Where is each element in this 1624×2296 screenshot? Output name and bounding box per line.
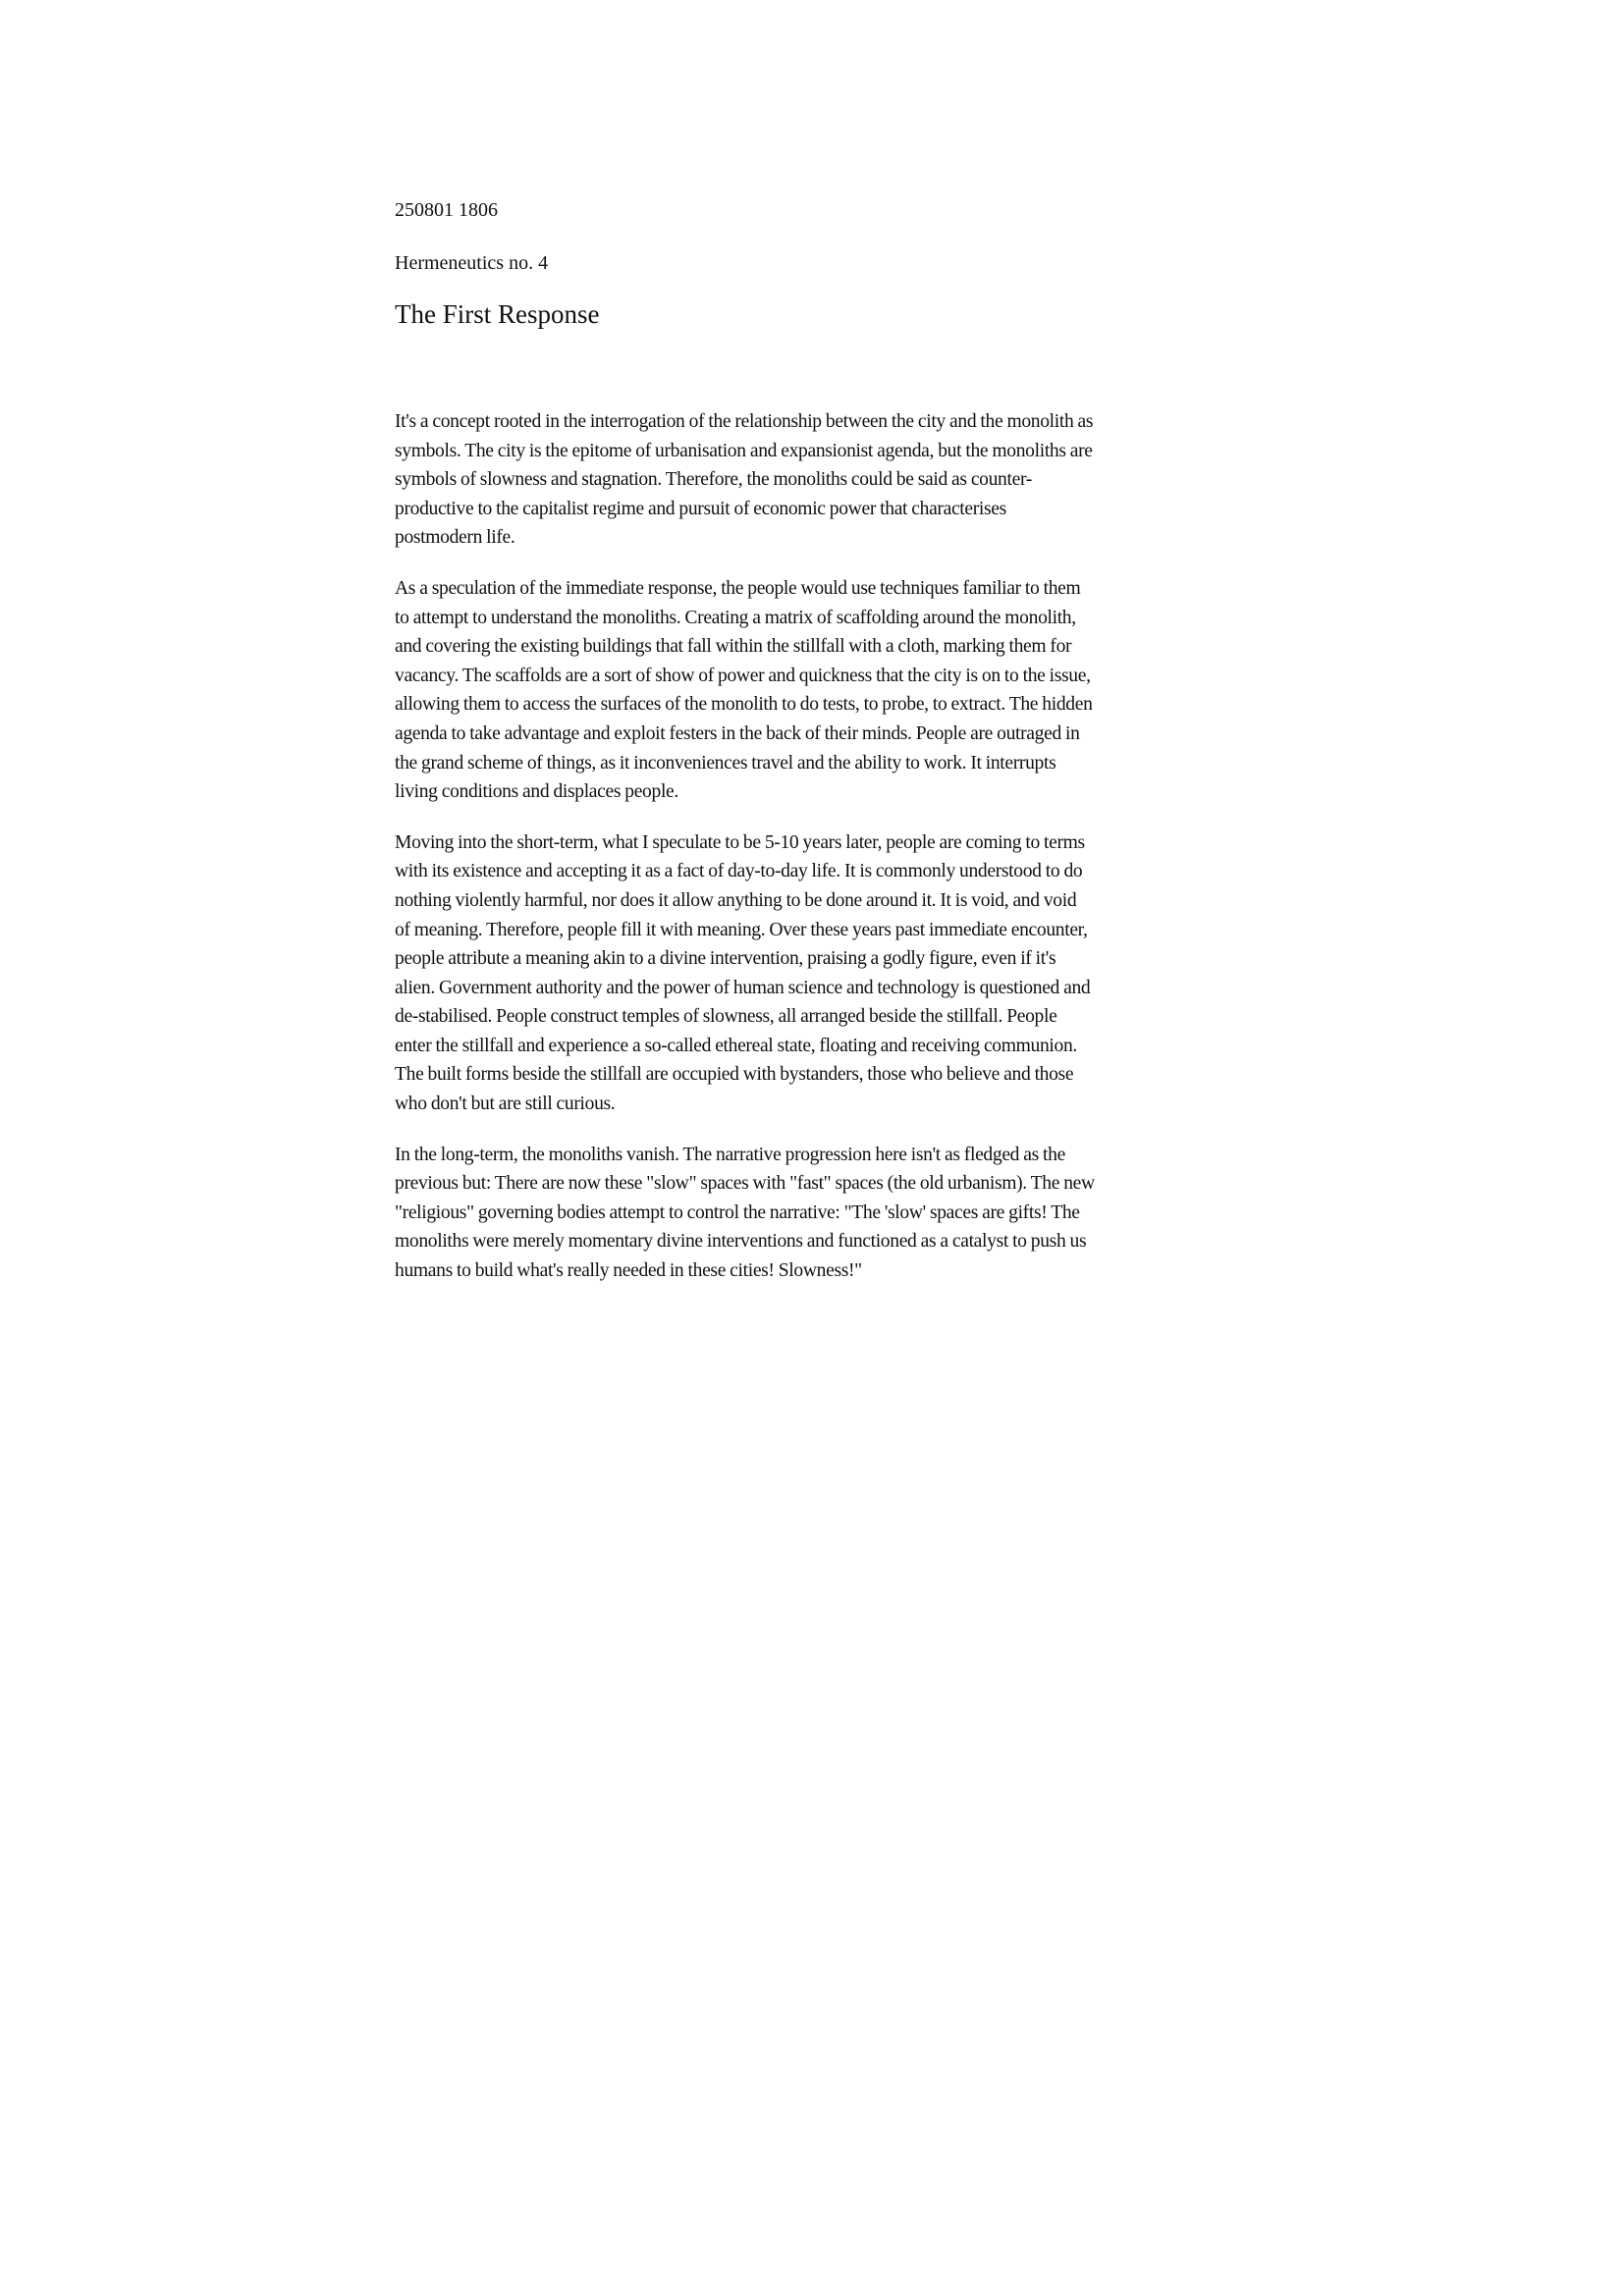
text-line: the grand scheme of things, as it inconv… [395,749,1247,778]
text-line: people attribute a meaning akin to a div… [395,944,1247,974]
text-line: The built forms beside the stillfall are… [395,1060,1247,1090]
text-line: symbols. The city is the epitome of urba… [395,437,1247,466]
date-code: 250801 1806 [395,198,498,222]
text-line: agenda to take advantage and exploit fes… [395,720,1247,749]
text-line: to attempt to understand the monoliths. … [395,604,1247,633]
text-line: allowing them to access the surfaces of … [395,690,1247,720]
paragraph-4: In the long-term, the monoliths vanish. … [395,1141,1247,1286]
paragraph-1: It's a concept rooted in the interrogati… [395,407,1247,553]
text-line: of meaning. Therefore, people fill it wi… [395,916,1247,945]
text-line: symbols of slowness and stagnation. Ther… [395,465,1247,495]
text-line: monoliths were merely momentary divine i… [395,1227,1247,1256]
paragraph-2: As a speculation of the immediate respon… [395,574,1247,807]
paragraph-3: Moving into the short-term, what I specu… [395,828,1247,1119]
text-line: "religious" governing bodies attempt to … [395,1199,1247,1228]
document-title: The First Response [395,298,600,330]
text-line: productive to the capitalist regime and … [395,495,1247,524]
text-line: As a speculation of the immediate respon… [395,574,1247,604]
text-line: nothing violently harmful, nor does it a… [395,886,1247,916]
text-line: enter the stillfall and experience a so-… [395,1032,1247,1061]
text-line: and covering the existing buildings that… [395,632,1247,662]
series-label: Hermeneutics no. 4 [395,251,548,275]
text-line: It's a concept rooted in the interrogati… [395,407,1247,437]
text-line: de-stabilised. People construct temples … [395,1002,1247,1032]
text-line: humans to build what's really needed in … [395,1256,1247,1286]
text-line: Moving into the short-term, what I specu… [395,828,1247,858]
text-line: In the long-term, the monoliths vanish. … [395,1141,1247,1170]
document-body: It's a concept rooted in the interrogati… [395,407,1247,1308]
text-line: living conditions and displaces people. [395,777,1247,807]
text-line: previous but: There are now these "slow"… [395,1169,1247,1199]
text-line: vacancy. The scaffolds are a sort of sho… [395,662,1247,691]
text-line: alien. Government authority and the powe… [395,974,1247,1003]
text-line: postmodern life. [395,523,1247,553]
text-line: who don't but are still curious. [395,1090,1247,1119]
text-line: with its existence and accepting it as a… [395,857,1247,886]
